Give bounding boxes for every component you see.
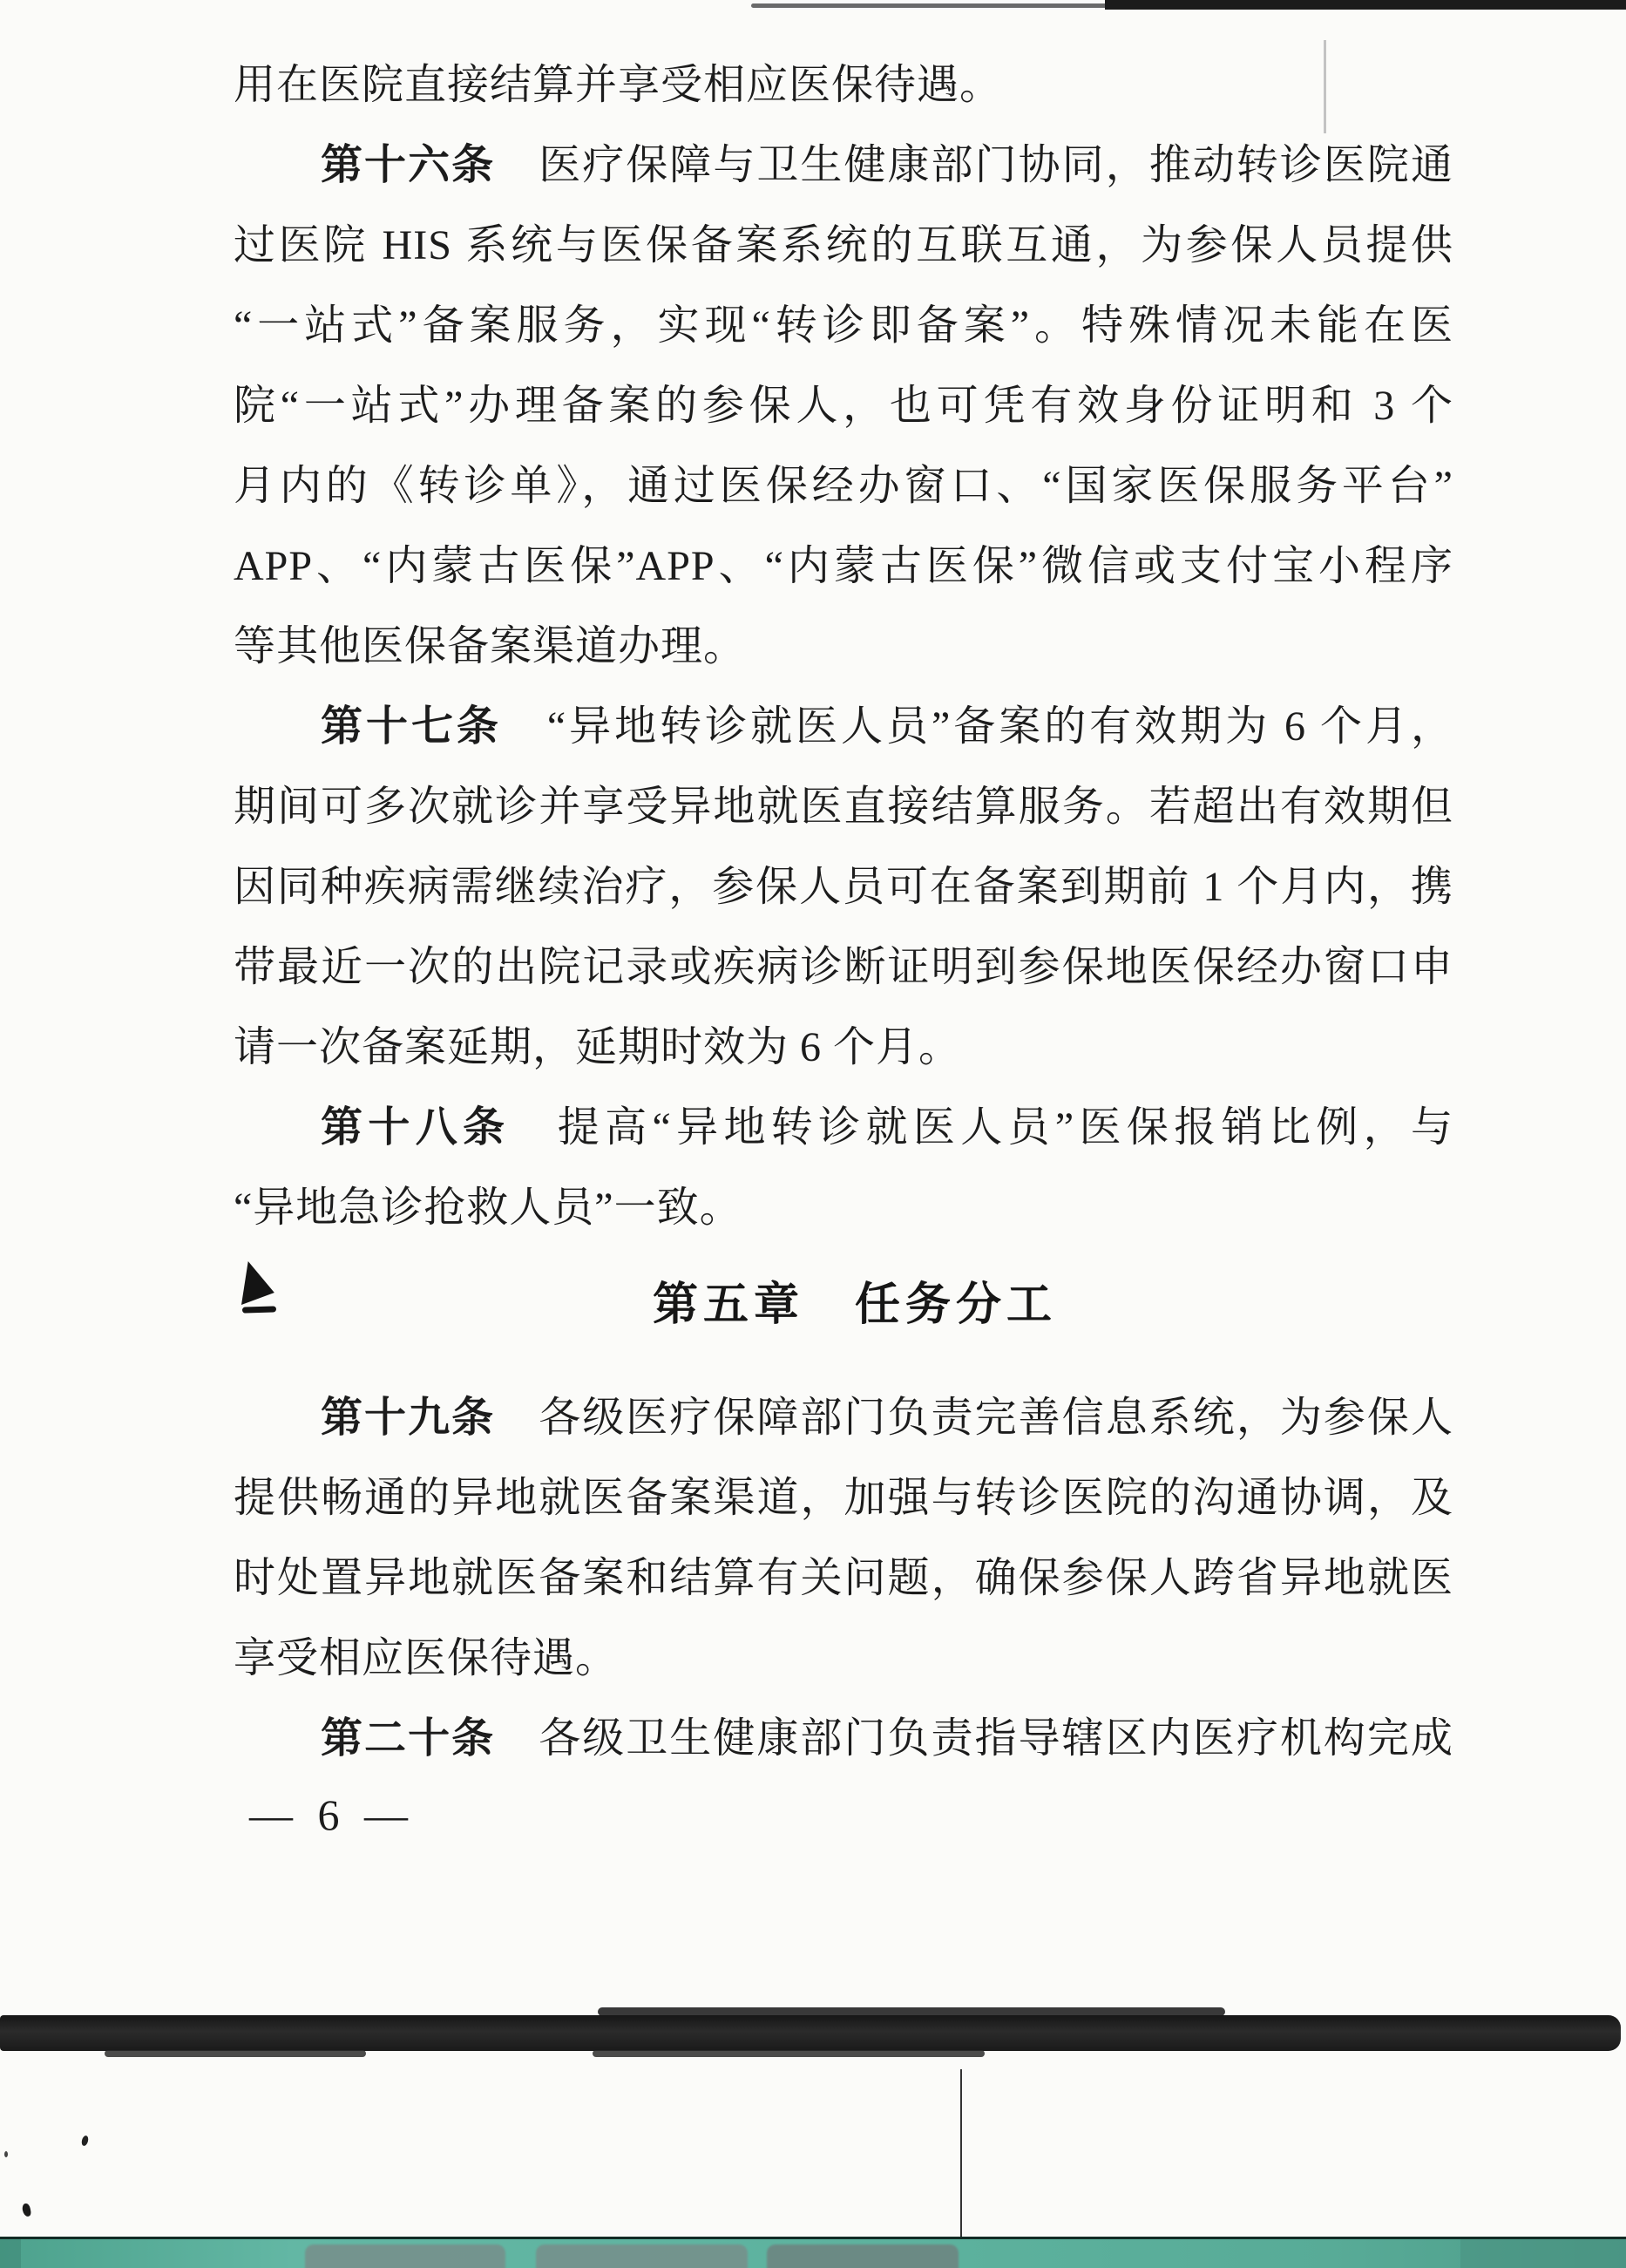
text-line: 提供畅通的异地就医备案渠道，加强与转诊医院的沟通协调，及 [234, 1458, 1453, 1538]
text-line: 月内的《转诊单》，通过医保经办窗口、“国家医保服务平台” [234, 446, 1453, 526]
strip-blob [767, 2244, 959, 2268]
text-line: 第十八条 提高“异地转诊就医人员”医保报销比例，与 [234, 1088, 1453, 1168]
text-line: 请一次备案延期，延期时效为 6 个月。 [234, 1008, 1453, 1088]
strip-blob [536, 2244, 748, 2268]
line-text: APP、“内蒙古医保”APP、“内蒙古医保”微信或支付宝小程序 [234, 543, 1453, 589]
page-number: — 6 — [249, 1775, 415, 1855]
text-line: 第二十条 各级卫生健康部门负责指导辖区内医疗机构完成 [234, 1699, 1453, 1779]
line-text: “一站式”备案服务，实现“转诊即备案”。特殊情况未能在医 [234, 302, 1453, 349]
line-text: 提供畅通的异地就医备案渠道，加强与转诊医院的沟通协调，及 [234, 1475, 1453, 1521]
line-text: 因同种疾病需继续治疗，参保人员可在备案到期前 1 个月内，携 [234, 864, 1453, 910]
line-text: 带最近一次的出院记录或疾病诊断证明到参保地医保经办窗口申 [234, 944, 1453, 990]
text-line: 因同种疾病需继续治疗，参保人员可在备案到期前 1 个月内，携 [234, 847, 1453, 927]
line-text: 月内的《转诊单》，通过医保经办窗口、“国家医保服务平台” [234, 463, 1453, 509]
line-text: 提高“异地转诊就医人员”医保报销比例，与 [510, 1104, 1453, 1151]
scan-streak-top-left [751, 3, 1108, 8]
line-text: 等其他医保备案渠道办理。 [234, 623, 746, 669]
text-line: 过医院 HIS 系统与医保备案系统的互联互通，为参保人员提供 [234, 206, 1453, 286]
scan-fold-line-bottom [960, 2069, 962, 2237]
line-text: 过医院 HIS 系统与医保备案系统的互联互通，为参保人员提供 [234, 222, 1453, 268]
article-number: 第十六条 [321, 142, 495, 188]
strip-shade [1460, 2239, 1626, 2268]
line-text: “异地急诊抢救人员”一致。 [234, 1185, 742, 1231]
text-line: 用在医院直接结算并享受相应医保待遇。 [234, 45, 1453, 126]
text-line: “一站式”备案服务，实现“转诊即备案”。特殊情况未能在医 [234, 286, 1453, 366]
strip-shade [0, 2239, 21, 2268]
line-text: 用在医院直接结算并享受相应医保待遇。 [234, 62, 1002, 108]
text-line: 时处置异地就医备案和结算有关问题，确保参保人跨省异地就医 [234, 1538, 1453, 1619]
text-line: 期间可多次就诊并享受异地就医直接结算服务。若超出有效期但 [234, 767, 1453, 847]
line-text: 各级卫生健康部门负责指导辖区内医疗机构完成 [495, 1715, 1453, 1762]
scan-bar-fringe [593, 2050, 985, 2057]
article-number: 第二十条 [321, 1715, 495, 1762]
scanned-document-page: 用在医院直接结算并享受相应医保待遇。 第十六条 医疗保障与卫生健康部门协同，推动… [0, 0, 1626, 2268]
ink-dot [22, 2203, 31, 2217]
text-line: 第十七条 “异地转诊就医人员”备案的有效期为 6 个月， [234, 687, 1453, 767]
line-text: 享受相应医保待遇。 [234, 1635, 618, 1681]
article-number: 第十七条 [321, 703, 502, 750]
line-text: “异地转诊就医人员”备案的有效期为 6 个月， [502, 703, 1453, 750]
text-line: APP、“内蒙古医保”APP、“内蒙古医保”微信或支付宝小程序 [234, 526, 1453, 607]
text-line: 等其他医保备案渠道办理。 [234, 607, 1453, 687]
ink-dot [4, 2151, 8, 2157]
text-line: 带最近一次的出院记录或疾病诊断证明到参保地医保经办窗口申 [234, 927, 1453, 1008]
text-line: 院“一站式”办理备案的参保人，也可凭有效身份证明和 3 个 [234, 366, 1453, 446]
article-number: 第十九条 [321, 1395, 495, 1441]
line-text: 期间可多次就诊并享受异地就医直接结算服务。若超出有效期但 [234, 784, 1453, 830]
scan-bar-fringe [105, 2050, 366, 2057]
ink-dot [81, 2135, 90, 2146]
line-text: 请一次备案延期，延期时效为 6 个月。 [234, 1024, 961, 1070]
line-text: 医疗保障与卫生健康部门协同，推动转诊医院通 [495, 142, 1453, 188]
line-text: 时处置异地就医备案和结算有关问题，确保参保人跨省异地就医 [234, 1555, 1453, 1601]
chapter-heading: 第五章 任务分工 [84, 1265, 1626, 1345]
text-line: 第十六条 医疗保障与卫生健康部门协同，推动转诊医院通 [234, 126, 1453, 206]
scan-strip-bottom [0, 2237, 1626, 2268]
text-line: 第十九条 各级医疗保障部门负责完善信息系统，为参保人 [234, 1378, 1453, 1458]
scan-bar-bottom [0, 2015, 1621, 2051]
text-line: 享受相应医保待遇。 [234, 1619, 1453, 1699]
line-text: 各级医疗保障部门负责完善信息系统，为参保人 [495, 1395, 1453, 1441]
strip-blob [305, 2244, 505, 2268]
scan-streak-top-right [1105, 0, 1626, 10]
article-number: 第十八条 [321, 1104, 510, 1151]
text-line: “异地急诊抢救人员”一致。 [234, 1168, 1453, 1248]
line-text: 院“一站式”办理备案的参保人，也可凭有效身份证明和 3 个 [234, 383, 1453, 429]
